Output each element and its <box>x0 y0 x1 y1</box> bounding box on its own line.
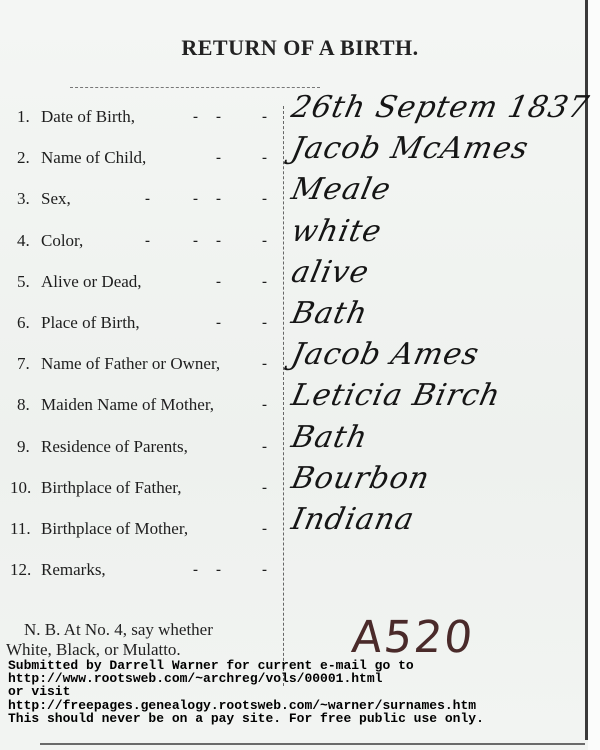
leader-dash: - <box>262 390 267 420</box>
handwritten-value: Jacob Ames <box>288 337 482 372</box>
field-label: Place of Birth, <box>41 308 140 338</box>
field-label: Date of Birth, <box>41 102 135 132</box>
field-number: 10. <box>10 473 31 503</box>
field-label: Maiden Name of Mother, <box>41 390 214 420</box>
field-number: 2. <box>17 143 30 173</box>
page-margin <box>588 0 600 750</box>
form-row: 1.Date of Birth,--- <box>0 102 290 132</box>
leader-dash: - <box>216 102 221 132</box>
form-row: 5.Alive or Dead,-- <box>0 267 290 297</box>
field-number: 4. <box>17 226 30 256</box>
handwritten-value: Bourbon <box>288 461 433 496</box>
handwritten-value: 26th Septem 1837 <box>288 90 592 125</box>
field-label: Name of Father or Owner, <box>41 349 220 379</box>
leader-dash: - <box>262 102 267 132</box>
field-label: Color, <box>41 226 83 256</box>
handwritten-value: Bath <box>288 420 371 455</box>
leader-dash: - <box>193 226 198 256</box>
field-label: Residence of Parents, <box>41 432 188 462</box>
leader-dash: - <box>216 308 221 338</box>
field-label: Remarks, <box>41 555 106 585</box>
form-row: 7.Name of Father or Owner,- <box>0 349 290 379</box>
form-row: 11.Birthplace of Mother,- <box>0 514 290 544</box>
handwritten-value: alive <box>288 255 372 290</box>
leader-dash: - <box>262 473 267 503</box>
field-number: 5. <box>17 267 30 297</box>
document-title: RETURN OF A BIRTH. <box>0 35 600 61</box>
field-label: Name of Child, <box>41 143 146 173</box>
form-row: 3.Sex,---- <box>0 184 290 214</box>
leader-dash: - <box>262 226 267 256</box>
field-number: 7. <box>17 349 30 379</box>
form-row: 10.Birthplace of Father,- <box>0 473 290 503</box>
handwritten-stamp: A520 <box>349 612 476 663</box>
field-number: 3. <box>17 184 30 214</box>
leader-dash: - <box>262 143 267 173</box>
leader-dash: - <box>262 267 267 297</box>
leader-dash: - <box>216 226 221 256</box>
footnote-line-2: White, Black, or Mulatto. <box>6 640 181 659</box>
form-row: 9.Residence of Parents,- <box>0 432 290 462</box>
form-row: 8.Maiden Name of Mother,- <box>0 390 290 420</box>
handwritten-value: Leticia Birch <box>288 378 504 413</box>
field-label: Birthplace of Father, <box>41 473 181 503</box>
leader-dash: - <box>216 143 221 173</box>
field-label: Sex, <box>41 184 71 214</box>
leader-dash: - <box>145 226 150 256</box>
leader-dash: - <box>145 184 150 214</box>
footer-line: http://www.rootsweb.com/~archreg/vols/00… <box>8 672 484 685</box>
footer-line: http://freepages.genealogy.rootsweb.com/… <box>8 699 484 712</box>
field-label: Birthplace of Mother, <box>41 514 188 544</box>
form-row: 12.Remarks,--- <box>0 555 290 585</box>
leader-dash: - <box>262 184 267 214</box>
footer-line: This should never be on a pay site. For … <box>8 712 484 725</box>
leader-dash: - <box>193 555 198 585</box>
footer-line: or visit <box>8 685 484 698</box>
leader-dash: - <box>262 514 267 544</box>
field-number: 6. <box>17 308 30 338</box>
leader-dash: - <box>262 349 267 379</box>
field-number: 8. <box>17 390 30 420</box>
leader-dash: - <box>216 267 221 297</box>
leader-dash: - <box>262 308 267 338</box>
footnote: N. B. At No. 4, say whether White, Black… <box>6 620 213 660</box>
handwritten-value: Meale <box>288 172 394 207</box>
page-bottom-edge <box>40 743 585 745</box>
handwritten-value: white <box>288 214 385 249</box>
field-number: 1. <box>17 102 30 132</box>
handwritten-value: Bath <box>288 296 371 331</box>
leader-dash: - <box>193 184 198 214</box>
leader-dash: - <box>193 102 198 132</box>
field-number: 9. <box>17 432 30 462</box>
submission-footer: Submitted by Darrell Warner for current … <box>8 659 484 725</box>
field-number: 11. <box>10 514 31 544</box>
handwritten-value: Indiana <box>288 502 418 537</box>
leader-dash: - <box>216 184 221 214</box>
form-row: 4.Color,---- <box>0 226 290 256</box>
form-row: 2.Name of Child,-- <box>0 143 290 173</box>
title-rule <box>70 87 320 88</box>
leader-dash: - <box>262 432 267 462</box>
field-number: 12. <box>10 555 31 585</box>
form-row: 6.Place of Birth,-- <box>0 308 290 338</box>
field-label: Alive or Dead, <box>41 267 142 297</box>
leader-dash: - <box>216 555 221 585</box>
footnote-line-1: N. B. At No. 4, say whether <box>6 620 213 640</box>
handwritten-value: Jacob McAmes <box>288 131 532 166</box>
leader-dash: - <box>262 555 267 585</box>
